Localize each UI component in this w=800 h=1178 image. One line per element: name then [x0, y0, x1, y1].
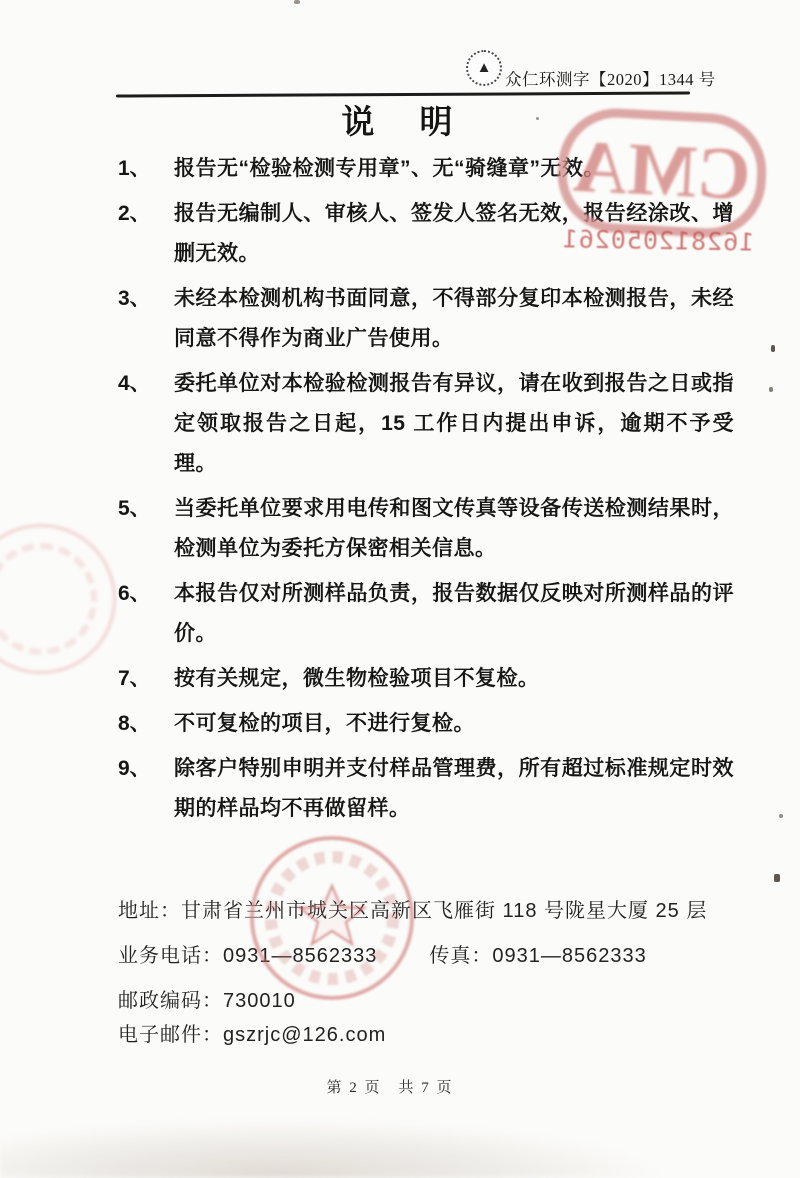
address-row: 地址：甘肃省兰州市城关区高新区飞雁街 118 号陇星大厦 25 层	[118, 898, 738, 924]
list-item: 9、 除客户特别申明并支付样品管理费，所有超过标准规定时效期的样品均不再做留样。	[118, 749, 734, 829]
item-number: 1、	[118, 149, 174, 189]
item-number: 3、	[118, 279, 174, 359]
item-text: 不可复检的项目，不进行复检。	[174, 704, 734, 744]
email-row: 电子邮件：gszrjc@126.com	[118, 1022, 738, 1048]
item-number: 4、	[118, 364, 174, 484]
scan-speck	[536, 117, 539, 120]
fax-value: 0931—8562333	[492, 945, 646, 967]
item-text: 本报告仅对所测样品负责，报告数据仅反映对所测样品的评价。	[174, 574, 734, 654]
email-label: 电子邮件：	[118, 1024, 223, 1046]
scan-speck	[771, 345, 775, 352]
item-number: 5、	[118, 489, 174, 569]
item-number: 9、	[118, 749, 174, 829]
item-number: 2、	[118, 194, 174, 274]
agency-seal-logo-icon: ▲	[466, 50, 502, 86]
fax-label: 传真：	[429, 945, 492, 967]
scan-speck	[769, 387, 773, 392]
item-text: 委托单位对本检验检测报告有异议，请在收到报告之日或指定领取报告之日起，15 工作…	[174, 364, 734, 484]
scan-shadow	[0, 1120, 660, 1178]
item-number: 7、	[118, 659, 174, 699]
list-item: 8、 不可复检的项目，不进行复检。	[118, 704, 734, 744]
list-item: 7、 按有关规定，微生物检验项目不复检。	[118, 659, 734, 699]
postcode-row: 邮政编码：730010	[118, 988, 738, 1014]
stamp-star-icon	[300, 886, 364, 944]
round-official-stamp	[245, 831, 420, 1006]
page-number: 第 2 页 共 7 页	[0, 1076, 780, 1097]
logo-triangle-glyph: ▲	[477, 60, 492, 75]
list-item: 3、 未经本检测机构书面同意，不得部分复印本检测报告，未经同意不得作为商业广告使…	[118, 279, 734, 359]
document-number: 众仁环测字【2020】1344 号	[505, 66, 700, 90]
item-text: 当委托单位要求用电传和图文传真等设备传送检测结果时，检测单位为委托方保密相关信息…	[174, 489, 734, 569]
list-item: 4、 委托单位对本检验检测报告有异议，请在收到报告之日或指定领取报告之日起，15…	[118, 364, 734, 484]
postcode-label: 邮政编码：	[118, 990, 223, 1012]
round-stamp-left-edge	[0, 524, 116, 674]
cma-stamp-border: CMA	[555, 106, 769, 241]
item-text: 除客户特别申明并支付样品管理费，所有超过标准规定时效期的样品均不再做留样。	[174, 749, 734, 829]
cma-stamp-letters: CMA	[572, 124, 753, 218]
item-text: 按有关规定，微生物检验项目不复检。	[174, 659, 734, 699]
item-number: 6、	[118, 574, 174, 654]
item-text: 未经本检测机构书面同意，不得部分复印本检测报告，未经同意不得作为商业广告使用。	[174, 279, 734, 359]
scan-speck	[774, 874, 780, 882]
list-item: 6、 本报告仅对所测样品负责，报告数据仅反映对所测样品的评价。	[118, 574, 734, 654]
address-label: 地址：	[118, 900, 181, 922]
stamp-serial-number-mirrored: 162812050261	[558, 224, 758, 256]
phone-label: 业务电话：	[118, 945, 223, 967]
cma-stamp-mirrored: CMA	[555, 106, 769, 241]
list-item: 5、 当委托单位要求用电传和图文传真等设备传送检测结果时，检测单位为委托方保密相…	[118, 489, 734, 569]
item-number: 8、	[118, 704, 174, 744]
scan-speck	[294, 0, 300, 4]
phone-fax-row: 业务电话：0931—8562333传真：0931—8562333	[118, 943, 738, 969]
contact-block: 地址：甘肃省兰州市城关区高新区飞雁街 118 号陇星大厦 25 层 业务电话：0…	[118, 898, 738, 1048]
email-value: gszrjc@126.com	[223, 1024, 386, 1046]
scanned-report-page: { "header": { "doc_number": "众仁环测字【2020】…	[0, 0, 800, 1178]
scan-speck	[779, 814, 783, 818]
